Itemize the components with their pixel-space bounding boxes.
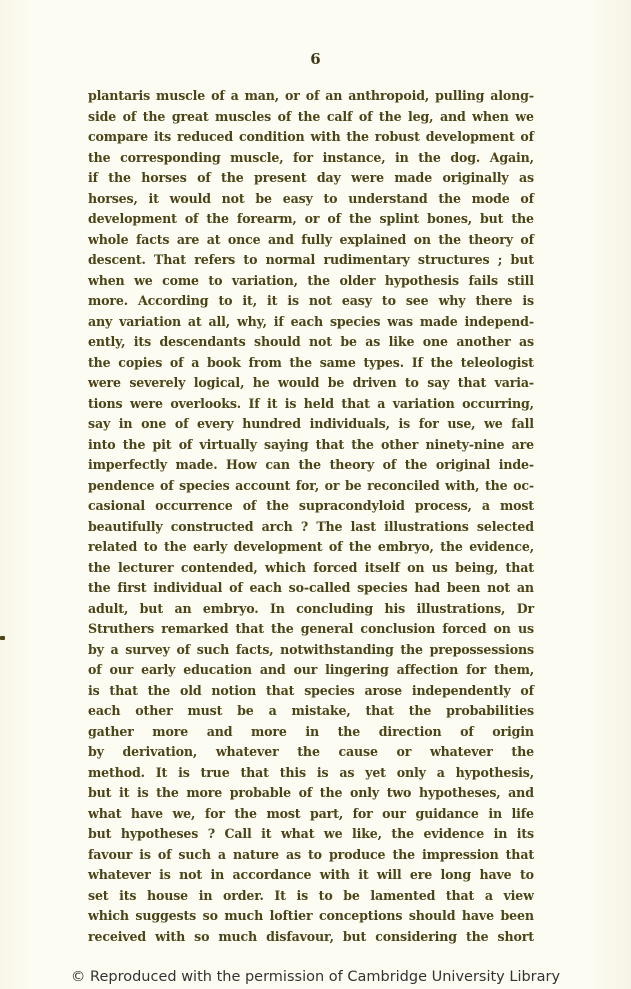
text-line: imperfectlymade.Howcanthetheoryoftheorig… <box>88 455 534 476</box>
text-line: setitshouseinorder.Itistobelamentedthata… <box>88 886 534 907</box>
text-line: byderivation,whateverthecauseorwhatevert… <box>88 742 534 763</box>
text-line: sayinoneofeveryhundredindividuals,isforu… <box>88 414 534 435</box>
text-line: adult,butanembryo.Inconcludinghisillustr… <box>88 599 534 620</box>
page-number: 6 <box>0 50 631 68</box>
text-line: butitisthemoreprobableoftheonlytwohypoth… <box>88 783 534 804</box>
margin-mark <box>0 636 5 640</box>
text-line: method.Itistruethatthisisasyetonlyahypot… <box>88 763 534 784</box>
text-line: plantarismuscleofaman,orofananthropoid,p… <box>88 86 534 107</box>
text-line: byasurveyofsuchfacts,notwithstandingthep… <box>88 640 534 661</box>
text-line: more.Accordingtoit,itisnoteasytoseewhyth… <box>88 291 534 312</box>
text-line: ofourearlyeducationandourlingeringaffect… <box>88 660 534 681</box>
text-line: favourisofsuchanatureastoproducetheimpre… <box>88 845 534 866</box>
text-line: thefirstindividualofeachso-calledspecies… <box>88 578 534 599</box>
text-line: Struthersremarkedthatthegeneralconclusio… <box>88 619 534 640</box>
text-line: sideofthegreatmusclesofthecalfoftheleg,a… <box>88 107 534 128</box>
text-line: relatedtotheearlydevelopmentoftheembryo,… <box>88 537 534 558</box>
text-line: gathermoreandmoreinthedirectionoforigin <box>88 722 534 743</box>
text-line: eachothermustbeamistake,thattheprobabili… <box>88 701 534 722</box>
text-line: whichsuggestssomuchloftierconceptionssho… <box>88 906 534 927</box>
text-line: wholefactsareatonceandfullyexplainedonth… <box>88 230 534 251</box>
text-line: tionswereoverlooks.Ifitisheldthatavariat… <box>88 394 534 415</box>
text-line: thelecturercontended,whichforceditselfon… <box>88 558 534 579</box>
text-line: ently,itsdescendantsshouldnotbeaslikeone… <box>88 332 534 353</box>
text-line: developmentoftheforearm,orofthesplintbon… <box>88 209 534 230</box>
text-line: whenwecometovariation,theolderhypothesis… <box>88 271 534 292</box>
text-line: casionaloccurrenceofthesupracondyloidpro… <box>88 496 534 517</box>
text-line: receivedwithsomuchdisfavour,butconsideri… <box>88 927 534 948</box>
text-line: buthypotheses?Callitwhatwelike,theeviden… <box>88 824 534 845</box>
text-line: horses,itwouldnotbeeasytounderstandthemo… <box>88 189 534 210</box>
text-line: compareitsreducedconditionwiththerobustd… <box>88 127 534 148</box>
body-text: plantarismuscleofaman,orofananthropoid,p… <box>88 86 534 947</box>
text-line: pendenceofspeciesaccountfor,orbereconcil… <box>88 476 534 497</box>
scanned-page: 6 plantarismuscleofaman,orofananthropoid… <box>0 0 631 989</box>
text-line: wereseverelylogical,hewouldbedriventosay… <box>88 373 534 394</box>
text-line: anyvariationatall,why,ifeachspecieswasma… <box>88 312 534 333</box>
text-line: ifthehorsesofthepresentdayweremadeorigin… <box>88 168 534 189</box>
text-line: whathavewe,forthemostpart,forourguidance… <box>88 804 534 825</box>
text-line: thecopiesofabookfromthesametypes.Ifthete… <box>88 353 534 374</box>
text-line: whateverisnotinaccordancewithitwillerelo… <box>88 865 534 886</box>
text-line: descent.Thatreferstonormalrudimentarystr… <box>88 250 534 271</box>
copyright-footer: © Reproduced with the permission of Camb… <box>0 969 631 985</box>
text-line: isthattheoldnotionthatspeciesaroseindepe… <box>88 681 534 702</box>
text-line: beautifullyconstructedarch?Thelastillust… <box>88 517 534 538</box>
text-line: thecorrespondingmuscle,forinstance,inthe… <box>88 148 534 169</box>
text-line: intothepitofvirtuallysayingthattheothern… <box>88 435 534 456</box>
